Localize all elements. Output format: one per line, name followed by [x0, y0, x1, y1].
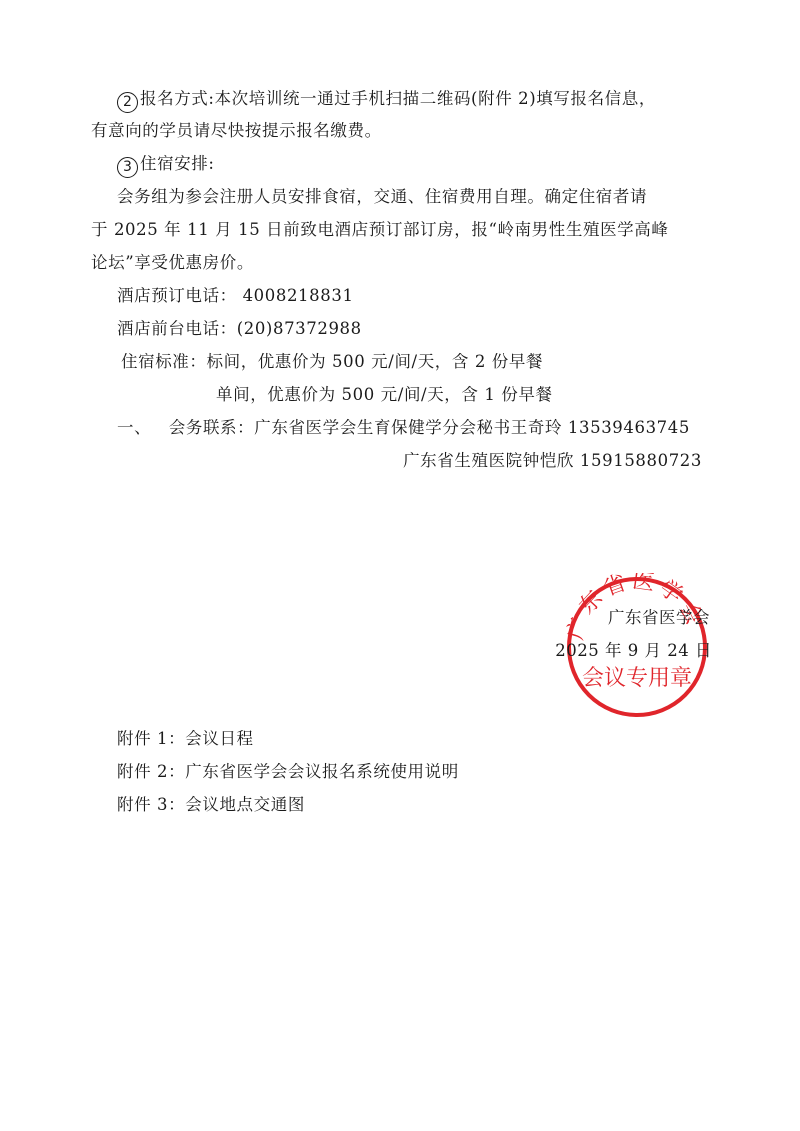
accommodation-heading: 3住宿安排:	[117, 153, 215, 178]
room-standard-label: 住宿标准：	[121, 352, 207, 371]
registration-line-2: 有意向的学员请尽快按提示报名缴费。	[91, 120, 382, 142]
seal-bottom-text: 会议专用章	[582, 666, 692, 691]
signature-date: 2025 年 9 月 24 日	[555, 640, 712, 662]
attachment-2: 附件 2：广东省医学会会议报名系统使用说明	[117, 761, 459, 783]
signature-org: 广东省医学会	[608, 607, 710, 629]
room-standard-twin-line: 住宿标准：标间，优惠价为 500 元/间/天，含 2 份早餐	[121, 351, 543, 373]
hotel-booking-phone: 4008218831	[243, 286, 354, 305]
contact-prefix: 一、	[117, 418, 151, 437]
circled-number-2-icon: 2	[117, 92, 138, 113]
contact-person-1: 广东省医学会生育保健学分会秘书王奇玲 13539463745	[254, 418, 690, 437]
hotel-frontdesk-phone: (20)87372988	[237, 319, 362, 338]
registration-text-1: 报名方式:本次培训统一通过手机扫描二维码(附件 2)填写报名信息，	[140, 89, 656, 108]
accommodation-paragraph-line-2: 于 2025 年 11 月 15 日前致电酒店预订部订房，报“岭南男性生殖医学高…	[91, 219, 669, 241]
registration-line-1: 2报名方式:本次培训统一通过手机扫描二维码(附件 2)填写报名信息，	[117, 88, 656, 113]
hotel-booking-phone-label: 酒店预订电话：	[117, 286, 237, 305]
room-standard-twin: 标间，优惠价为 500 元/间/天，含 2 份早餐	[207, 352, 544, 371]
accommodation-paragraph-line-1: 会务组为参会注册人员安排食宿，交通、住宿费用自理。确定住宿者请	[117, 186, 647, 208]
hotel-frontdesk-phone-label: 酒店前台电话：	[117, 319, 237, 338]
circled-number-3-icon: 3	[117, 157, 138, 178]
contact-person-2: 广东省生殖医院钟恺欣 15915880723	[403, 450, 702, 472]
room-standard-single: 单间，优惠价为 500 元/间/天，含 1 份早餐	[216, 384, 553, 406]
hotel-frontdesk-phone-line: 酒店前台电话：(20)87372988	[117, 318, 362, 340]
accommodation-heading-text: 住宿安排:	[140, 154, 215, 173]
accommodation-paragraph-line-3: 论坛”享受优惠房价。	[91, 252, 254, 274]
attachment-1: 附件 1：会议日程	[117, 728, 254, 750]
contact-label: 会务联系：	[169, 418, 255, 437]
contact-line-1: 一、 会务联系：广东省医学会生育保健学分会秘书王奇玲 13539463745	[117, 417, 690, 439]
attachment-3: 附件 3：会议地点交通图	[117, 794, 305, 816]
hotel-booking-phone-line: 酒店预订电话： 4008218831	[117, 285, 354, 307]
